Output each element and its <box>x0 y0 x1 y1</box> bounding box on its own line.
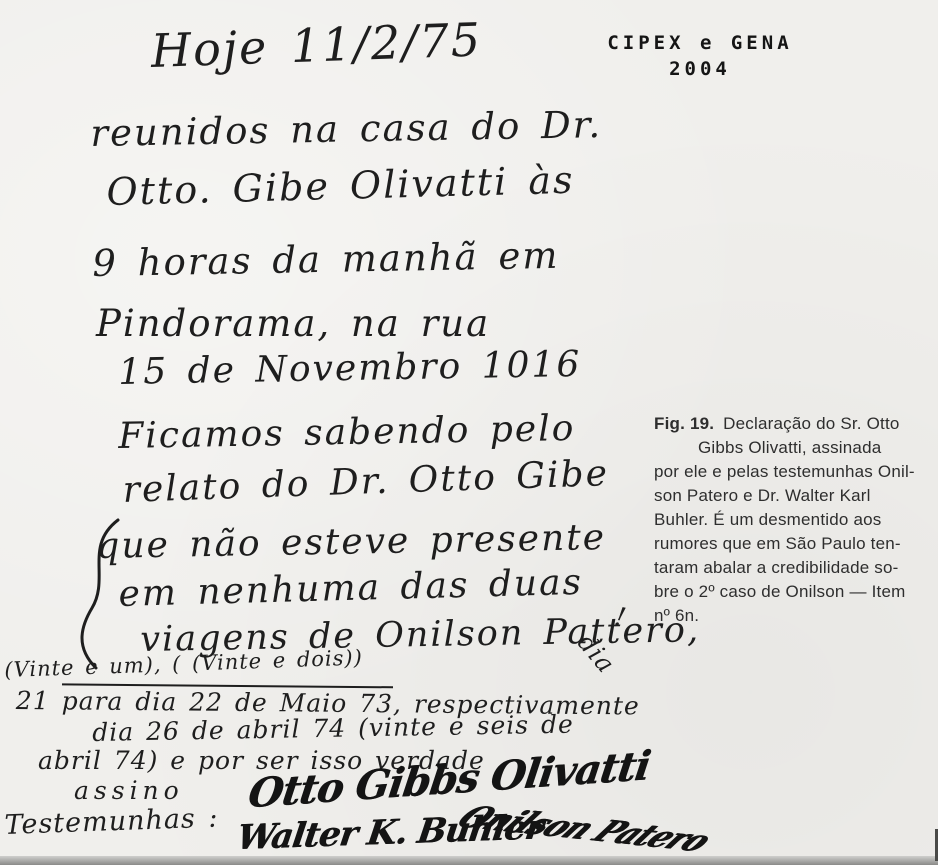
manuscript-line: relato do Dr. Otto Gibe <box>122 453 610 511</box>
caption-line-8: bre o 2º caso de Onilson — Item <box>654 580 934 604</box>
caption-line-2: Gibbs Olivatti, assinada <box>654 436 934 460</box>
page-bottom-edge-shadow <box>0 856 938 865</box>
scanned-document-page: CIPEX e GENA 2004 Fig. 19.Declaração do … <box>0 0 938 865</box>
caption-line-3: por ele e pelas testemunhas Onil- <box>654 460 934 484</box>
pen-flourish-stroke <box>66 516 136 676</box>
manuscript-line: Ficamos sabendo pelo <box>118 408 576 457</box>
manuscript-line: em nenhuma das duas <box>118 562 583 615</box>
manuscript-line: Pindorama, na rua <box>96 302 490 345</box>
typewriter-header: CIPEX e GENA 2004 <box>600 30 800 82</box>
caption-line-7: taram abalar a credibilidade so- <box>654 556 934 580</box>
caption-line-5: Buhler. É um desmentido aos <box>654 508 934 532</box>
witnesses-label: Testemunhas : <box>4 803 219 841</box>
detail-pre: 21 <box>16 686 62 715</box>
caption-line-1: Fig. 19.Declaração do Sr. Otto <box>654 412 934 436</box>
manuscript-line: que não esteve presente <box>96 517 606 567</box>
manuscript-line: 9 horas da manhã em <box>92 234 560 285</box>
caption-line1-text: Declaração do Sr. Otto <box>723 414 899 433</box>
manuscript-line: reunidos na casa do Dr. <box>90 103 602 155</box>
manuscript-line: Otto. Gibe Olivatti às <box>106 158 575 214</box>
signature-onilson-patero: Onilson Patero <box>448 800 719 859</box>
header-year: 2004 <box>600 56 800 82</box>
figure-caption: Fig. 19.Declaração do Sr. Otto Gibbs Oli… <box>654 412 934 628</box>
caption-line-4: son Patero e Dr. Walter Karl <box>654 484 934 508</box>
caption-line-6: rumores que em São Paulo ten- <box>654 532 934 556</box>
manuscript-date-line: Hoje 11/2/75 <box>150 12 483 78</box>
figure-label: Fig. 19. <box>654 414 714 433</box>
manuscript-line: 15 de Novembro 1016 <box>118 344 582 393</box>
manuscript-assino: assino <box>74 776 184 805</box>
header-org: CIPEX e GENA <box>600 30 800 56</box>
manuscript-margin-note: (Vinte e um), ( (Vinte e dois)) <box>4 645 363 681</box>
